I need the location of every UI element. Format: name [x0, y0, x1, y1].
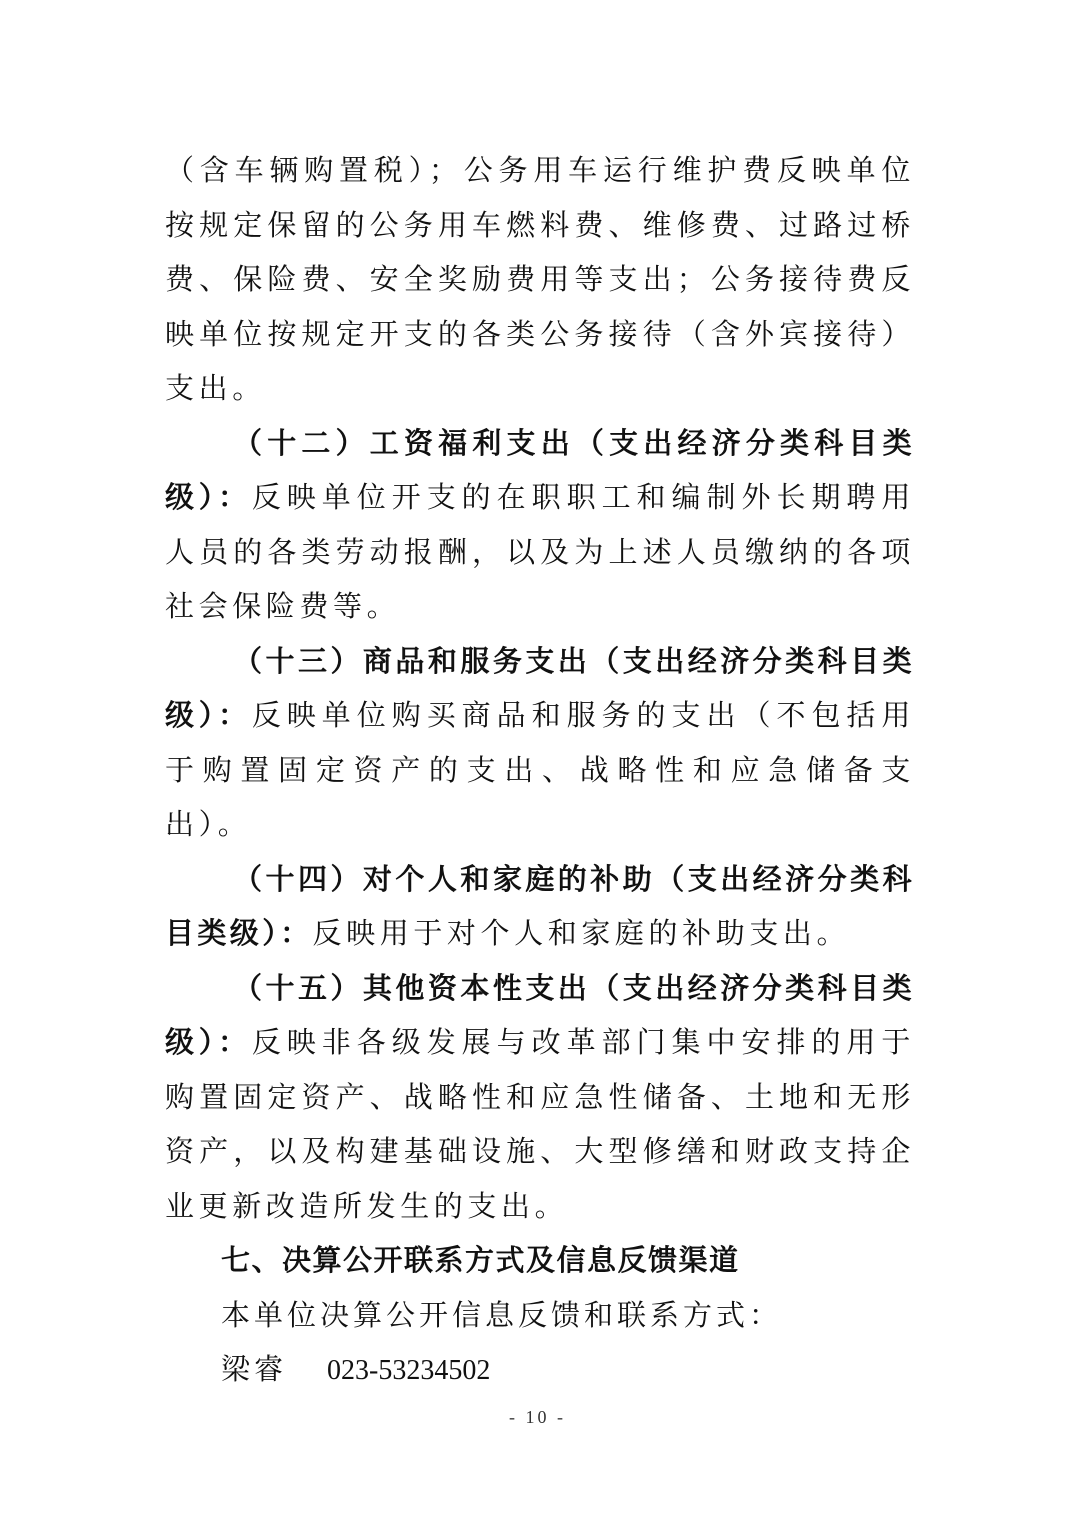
page-number: - 10 - [0, 1407, 1075, 1428]
paragraph-other-capital: （十五）其他资本性支出（支出经济分类科目类级）：反映非各级发展与改革部门集中安排… [165, 961, 915, 1234]
paragraph-vehicle-expenses: （含车辆购置税）；公务用车运行维护费反映单位按规定保留的公务用车燃料费、维修费、… [165, 143, 915, 416]
contact-name: 梁睿 [221, 1352, 287, 1386]
paragraph-text: 反映非各级发展与改革部门集中安排的用于购置固定资产、战略性和应急性储备、土地和无… [165, 1025, 915, 1223]
section-title: 七、决算公开联系方式及信息反馈渠道 [165, 1233, 915, 1288]
contact-info: 梁睿023-53234502 [165, 1342, 915, 1399]
paragraph-text: （含车辆购置税）；公务用车运行维护费反映单位按规定保留的公务用车燃料费、维修费、… [165, 153, 915, 405]
contact-phone: 023-53234502 [327, 1355, 490, 1386]
contact-intro: 本单位决算公开信息反馈和联系方式： [165, 1288, 915, 1343]
document-page: （含车辆购置税）；公务用车运行维护费反映单位按规定保留的公务用车燃料费、维修费、… [165, 143, 915, 1399]
paragraph-goods-services: （十三）商品和服务支出（支出经济分类科目类级）：反映单位购买商品和服务的支出（不… [165, 634, 915, 852]
paragraph-wages-welfare: （十二）工资福利支出（支出经济分类科目类级）：反映单位开支的在职职工和编制外长期… [165, 416, 915, 634]
paragraph-household-subsidies: （十四）对个人和家庭的补助（支出经济分类科目类级）：反映用于对个人和家庭的补助支… [165, 852, 915, 961]
paragraph-text: 反映单位购买商品和服务的支出（不包括用于购置固定资产的支出、战略性和应急储备支出… [165, 698, 915, 841]
paragraph-text: 反映单位开支的在职职工和编制外长期聘用人员的各类劳动报酬，以及为上述人员缴纳的各… [165, 480, 915, 623]
paragraph-text: 反映用于对个人和家庭的补助支出。 [313, 916, 851, 950]
